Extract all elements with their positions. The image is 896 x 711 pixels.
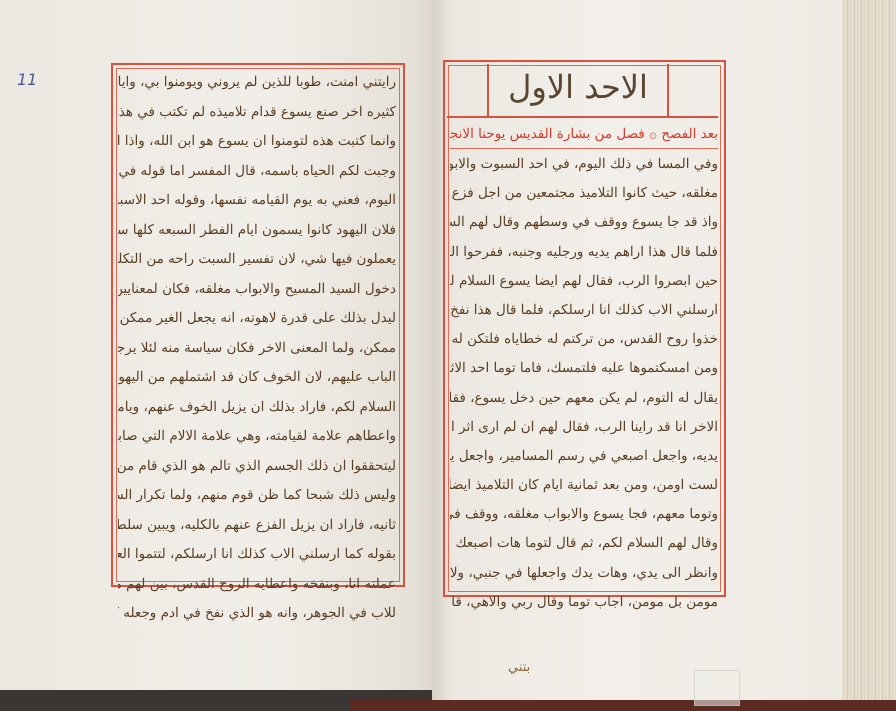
right-text-block: وفي المسا في ذلك اليوم، في احد السبوت وا…	[450, 150, 718, 617]
text-line: ومن امسكتموها عليه فلتمسك، فاما توما احد…	[450, 354, 718, 383]
page-fore-edge	[842, 0, 896, 704]
text-line: ليتحققوا ان ذلك الجسم الذي تالم هو الذي …	[118, 452, 396, 482]
text-line: مغلقه، حيث كانوا التلاميذ مجتمعين من اجل…	[450, 179, 718, 208]
text-line: عملته انا، وبنفخه واعطايه الروح القدس، ب…	[118, 570, 396, 600]
text-line: السلام لكم، فاراد بذلك ان يزيل الخوف عنه…	[118, 393, 396, 423]
text-line: للاب في الجوهر، وانه هو الذي نفخ في ادم …	[118, 599, 396, 629]
page-title: الاحد الاول	[489, 68, 667, 106]
text-line: وانما كتبت هذه لتومنوا ان يسوع هو ابن ال…	[118, 127, 396, 157]
text-line: اليوم، فعني به يوم القيامه نفسها، وقوله …	[118, 186, 396, 216]
catchword: بتني	[508, 660, 530, 675]
text-line: الاخر انا قد راينا الرب، فقال لهم ان لم …	[450, 413, 718, 442]
text-line: كثيره اخر صنع يسوع قدام تلاميذه لم تكتب …	[118, 98, 396, 128]
folio-number: 11	[17, 70, 37, 89]
text-line: وقال لهم السلام لكم، ثم قال لتوما هات اص…	[450, 529, 718, 558]
text-line: واعطاهم علامة لقيامته، وهي علامة الالام …	[118, 422, 396, 452]
text-line: وجبت لكم الحياه باسمه، قال المفسر اما قو…	[118, 157, 396, 187]
text-line: يقال له التوم، لم يكن معهم حين دخل يسوع،…	[450, 384, 718, 413]
text-line: فلان اليهود كانوا يسمون ايام الفطر السبع…	[118, 216, 396, 246]
text-line: وفي المسا في ذلك اليوم، في احد السبوت وا…	[450, 150, 718, 179]
text-line: ليدل بذلك على قدرة لاهوته، انه يجعل الغي…	[118, 304, 396, 334]
text-line: وتوما معهم، فجا يسوع والابواب مغلقه، ووق…	[450, 500, 718, 529]
text-line: فلما قال هذا اراهم يديه ورجليه وجنبه، فف…	[450, 238, 718, 267]
text-line: الباب عليهم، لان الخوف كان قد اشتملهم من…	[118, 363, 396, 393]
text-line: ثانيه، فاراد ان يزيل الفزع عنهم بالكليه،…	[118, 511, 396, 541]
title-cell: الاحد الاول	[487, 64, 669, 116]
text-line: مومن بل مومن، اجاب توما وقال ربي والاهي،…	[450, 588, 718, 617]
rubric-heading: بعد الفصح ۞ فصل من بشارة القديس يوحنا ال…	[450, 120, 718, 149]
text-line: يعملون فيها شي، لان تفسير السبت راحه من …	[118, 245, 396, 275]
text-line: بقوله كما ارسلني الاب كذلك انا ارسلكم، ل…	[118, 540, 396, 570]
text-line: واذ قد جا يسوع ووقف في وسطهم وقال لهم ال…	[450, 208, 718, 237]
repair-tape	[694, 670, 740, 706]
text-line: يديه، واجعل اصبعي في رسم المسامير، واجعل…	[450, 442, 718, 471]
text-line: ممكن، ولما المعنى الاخر فكان سياسة منه ل…	[118, 334, 396, 364]
text-line: حين ابصروا الرب، فقال لهم ايضا يسوع السل…	[450, 267, 718, 296]
text-line: دخول السيد المسيح والابواب مغلقه، فكان ل…	[118, 275, 396, 305]
text-line: وليس ذلك شبحا كما ظن قوم منهم، ولما تكرا…	[118, 481, 396, 511]
left-text-block: رايتني امنت، طوبا للذين لم يروني ويومنوا…	[118, 68, 396, 629]
text-line: خذوا روح القدس، من تركتم له خطاياه فلتكن…	[450, 325, 718, 354]
text-line: رايتني امنت، طوبا للذين لم يروني ويومنوا…	[118, 68, 396, 98]
text-line: وانظر الى يدي، وهات يدك واجعلها في جنبي،…	[450, 559, 718, 588]
leather-binding-edge	[350, 700, 896, 711]
text-line: لست اومن، ومن بعد ثمانية ايام كان التلام…	[450, 471, 718, 500]
title-cartouche: الاحد الاول	[447, 64, 718, 118]
manuscript-opening: 11 رايتني امنت، طوبا للذين لم يروني ويوم…	[0, 0, 896, 711]
text-line: ارسلني الاب كذلك انا ارسلكم، فلما قال هذ…	[450, 296, 718, 325]
